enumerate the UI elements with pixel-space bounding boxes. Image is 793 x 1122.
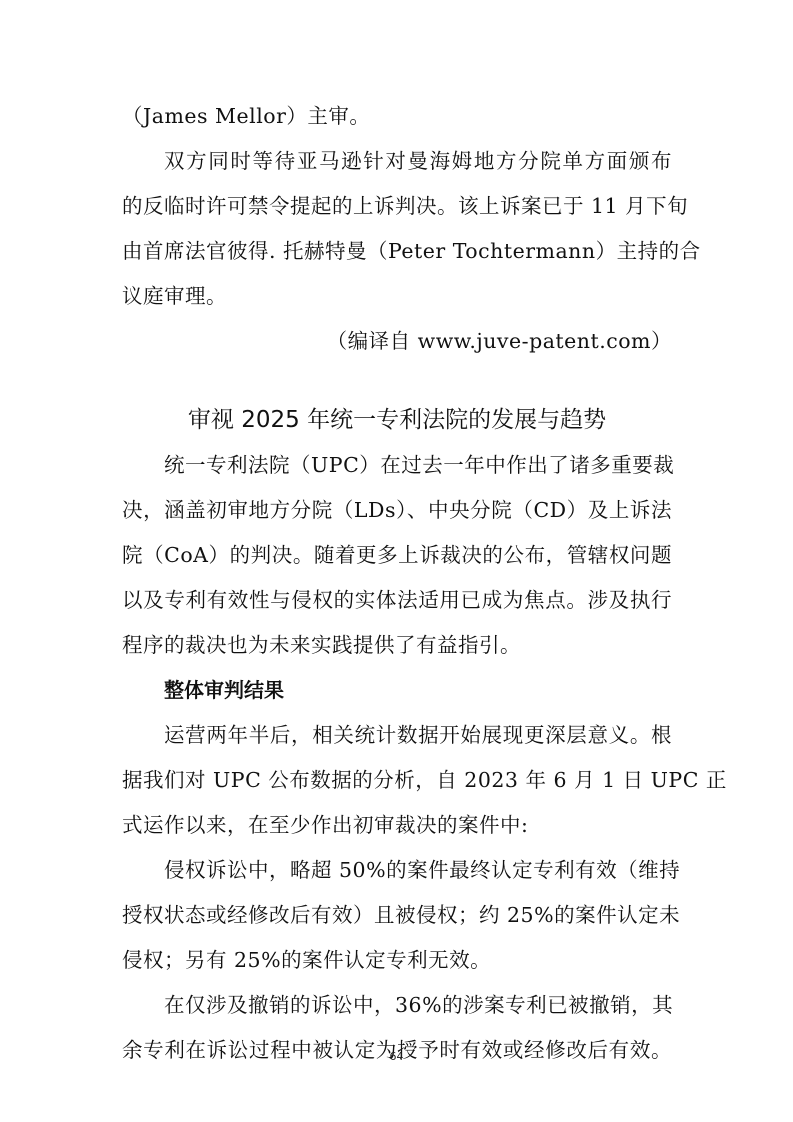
- text-line: 式运作以来，在至少作出初审裁决的案件中:: [122, 803, 672, 848]
- text-line: 授权状态或经修改后有效）且被侵权；约 25%的案件认定未: [122, 893, 672, 938]
- text-line: 程序的裁决也为未来实践提供了有益指引。: [122, 623, 672, 668]
- article-intro: 统一专利法院（UPC）在过去一年中作出了诸多重要裁 决，涵盖初审地方分院（LDs…: [122, 443, 672, 668]
- text-line: 在仅涉及撤销的诉讼中，36%的涉案专利已被撤销，其: [122, 983, 672, 1028]
- text-line: 决，涵盖初审地方分院（LDs）、中央分院（CD）及上诉法: [122, 488, 672, 533]
- paragraph-1: 运营两年半后，相关统计数据开始展现更深层意义。根 据我们对 UPC 公布数据的分…: [122, 713, 672, 848]
- text-line: （James Mellor）主审。: [122, 94, 672, 139]
- previous-article-ending: （James Mellor）主审。 双方同时等待亚马逊针对曼海姆地方分院单方面颁…: [122, 94, 672, 364]
- text-line: 双方同时等待亚马逊针对曼海姆地方分院单方面颁布: [122, 139, 672, 184]
- paragraph-2: 侵权诉讼中，略超 50%的案件最终认定专利有效（维持 授权状态或经修改后有效）且…: [122, 848, 672, 983]
- text-line: 统一专利法院（UPC）在过去一年中作出了诸多重要裁: [122, 443, 672, 488]
- text-line: 运营两年半后，相关统计数据开始展现更深层意义。根: [122, 713, 672, 758]
- text-line: 侵权诉讼中，略超 50%的案件最终认定专利有效（维持: [122, 848, 672, 893]
- text-line: 院（CoA）的判决。随着更多上诉裁决的公布，管辖权问题: [122, 533, 672, 578]
- document-page: （James Mellor）主审。 双方同时等待亚马逊针对曼海姆地方分院单方面颁…: [122, 94, 672, 1073]
- article-title: 审视 2025 年统一专利法院的发展与趋势: [122, 398, 672, 443]
- section-heading: 整体审判结果: [122, 668, 672, 713]
- text-line: 议庭审理。: [122, 274, 672, 319]
- text-line: 侵权；另有 25%的案件认定专利无效。: [122, 938, 672, 983]
- text-line: 由首席法官彼得. 托赫特曼（Peter Tochtermann）主持的合: [122, 229, 672, 274]
- source-attribution: （编译自 www.juve-patent.com）: [122, 319, 672, 364]
- text-line: 以及专利有效性与侵权的实体法适用已成为焦点。涉及执行: [122, 578, 672, 623]
- text-line: 的反临时许可禁令提起的上诉判决。该上诉案已于 11 月下旬: [122, 184, 672, 229]
- page-number: 64: [0, 1050, 793, 1063]
- text-line: 据我们对 UPC 公布数据的分析，自 2023 年 6 月 1 日 UPC 正: [122, 758, 672, 803]
